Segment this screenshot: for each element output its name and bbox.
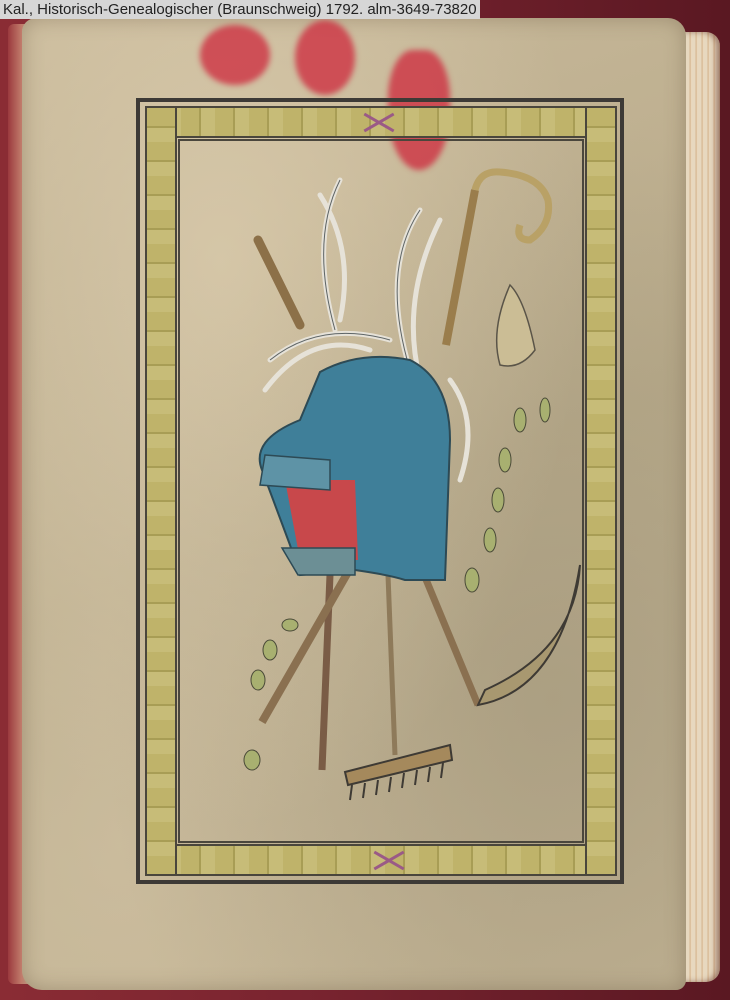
- trophy-engraving: [0, 0, 730, 1000]
- rake-icon: [345, 745, 452, 785]
- crozier-icon: [446, 190, 475, 345]
- staff-icon: [258, 240, 300, 325]
- scythe-icon: [478, 565, 580, 705]
- stick-icon: [262, 560, 355, 722]
- image-caption: Kal., Historisch-Genealogischer (Braunsc…: [0, 0, 480, 19]
- rake-handle: [388, 575, 395, 755]
